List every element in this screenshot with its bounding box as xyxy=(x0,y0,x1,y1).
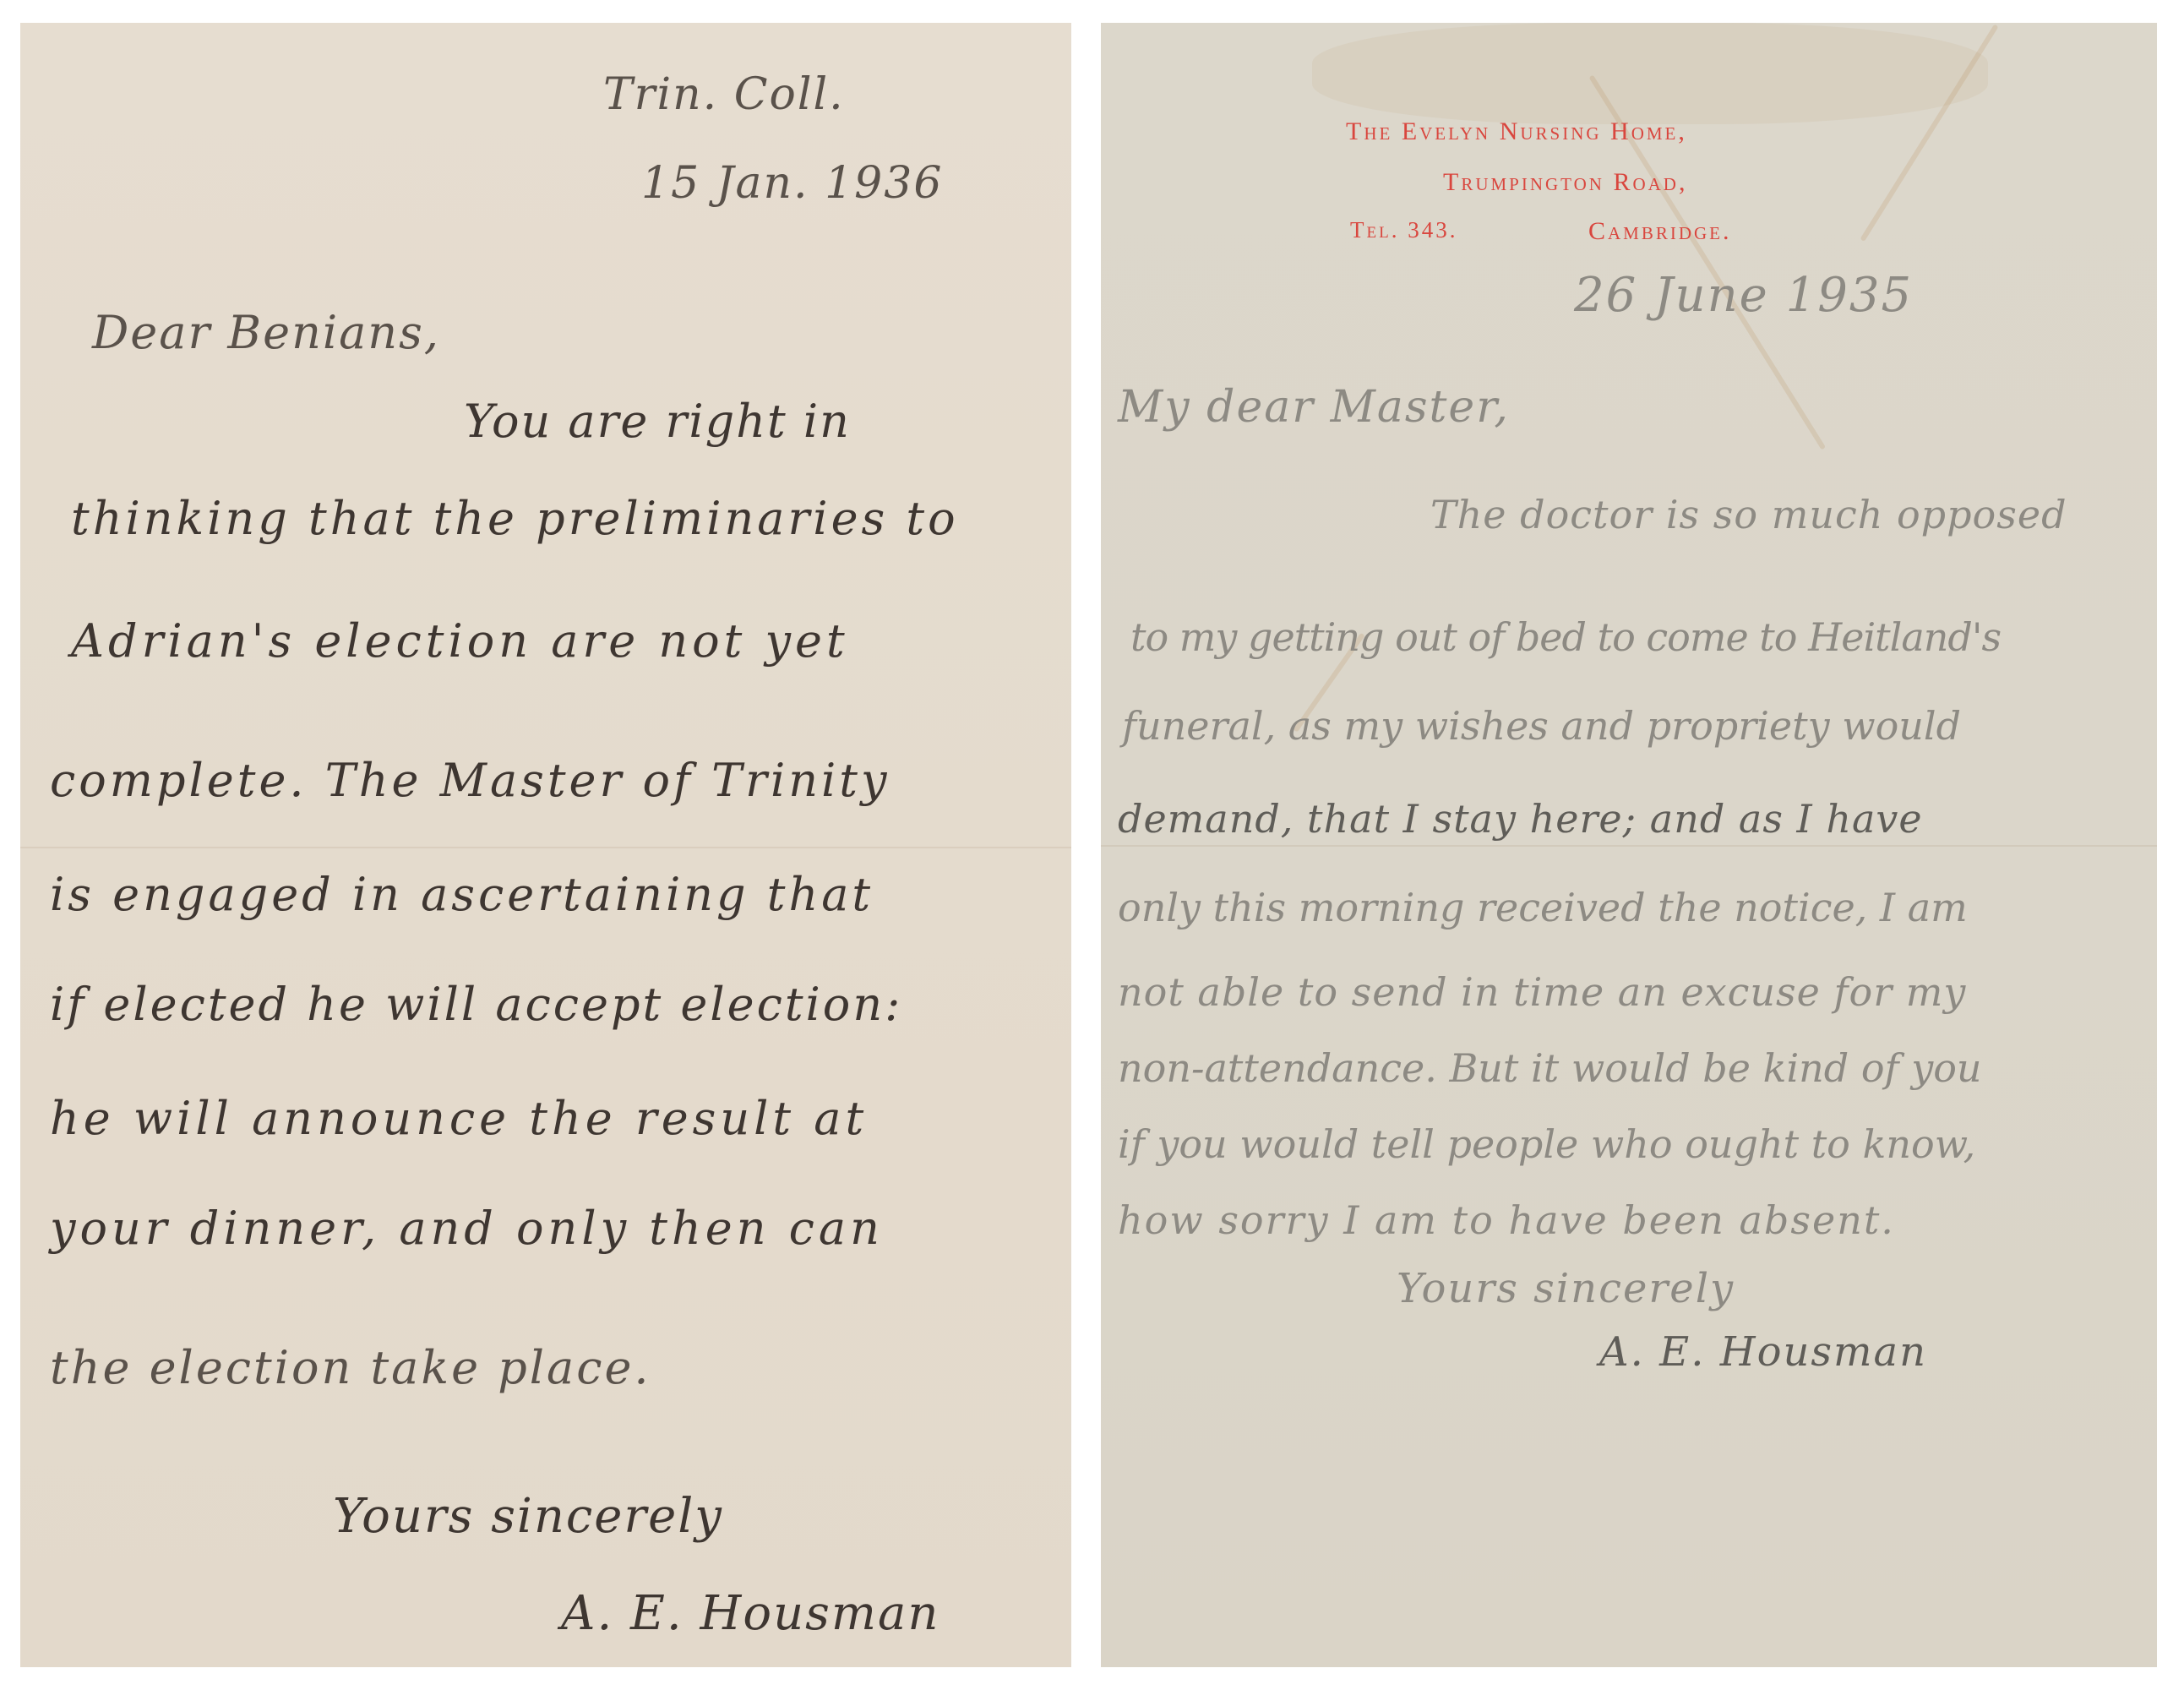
letter-body-line: funeral, as my wishes and propriety woul… xyxy=(1122,703,1961,749)
paper-stain xyxy=(1860,24,1998,242)
letter-body-line: thinking that the preliminaries to xyxy=(71,492,959,545)
letter-salutation: My dear Master, xyxy=(1118,382,1510,433)
letter-body-line: how sorry I am to have been absent. xyxy=(1118,1197,1895,1243)
letter-body-line: non-attendance. But it would be kind of … xyxy=(1118,1045,1982,1091)
letter-body-line: he will announce the result at xyxy=(50,1092,868,1145)
fold-crease xyxy=(1101,845,2157,847)
letter-body-line: Adrian's election are not yet xyxy=(71,614,849,668)
letter-body-line: if elected he will accept election: xyxy=(50,978,902,1031)
letter-address: Trin. Coll. xyxy=(603,69,845,120)
letterhead-city: Cambridge. xyxy=(1588,217,1732,246)
letter-signature: A. E. Housman xyxy=(1599,1328,1927,1376)
letter-body-line: is engaged in ascertaining that xyxy=(50,868,874,921)
letter-body-line: complete. The Master of Trinity xyxy=(50,754,890,807)
letter-salutation: Dear Benians, xyxy=(92,306,440,359)
letter-signature: A. E. Housman xyxy=(561,1586,940,1641)
letterhead-tel: Tel. 343. xyxy=(1350,217,1457,243)
letter-body-line: only this morning received the notice, I… xyxy=(1118,885,1968,930)
letter-body-line: demand, that I stay here; and as I have xyxy=(1118,796,1923,842)
letter-date: 15 Jan. 1936 xyxy=(641,158,943,209)
letter-body-line: if you would tell people who ought to kn… xyxy=(1118,1121,1975,1167)
letter-body-line: You are right in xyxy=(464,395,851,448)
letter-body-line: the election take place. xyxy=(50,1341,651,1394)
letterhead-name: The Evelyn Nursing Home, xyxy=(1346,117,1687,146)
fold-crease xyxy=(20,847,1071,848)
letter-right-page: The Evelyn Nursing Home, Trumpington Roa… xyxy=(1101,23,2157,1667)
letter-body-line: to my getting out of bed to come to Heit… xyxy=(1130,614,2001,660)
letter-body-line: not able to send in time an excuse for m… xyxy=(1118,969,1966,1015)
letterhead-street: Trumpington Road, xyxy=(1443,168,1687,197)
letter-left-page: Trin. Coll. 15 Jan. 1936 Dear Benians, Y… xyxy=(20,23,1071,1667)
letter-closing: Yours sincerely xyxy=(333,1489,723,1544)
letter-date: 26 June 1935 xyxy=(1574,268,1913,323)
letter-closing: Yours sincerely xyxy=(1397,1265,1735,1312)
letter-body-line: The doctor is so much opposed xyxy=(1430,492,2067,537)
paper-stain xyxy=(1312,23,1988,124)
letter-body-line: your dinner, and only then can xyxy=(50,1202,884,1255)
